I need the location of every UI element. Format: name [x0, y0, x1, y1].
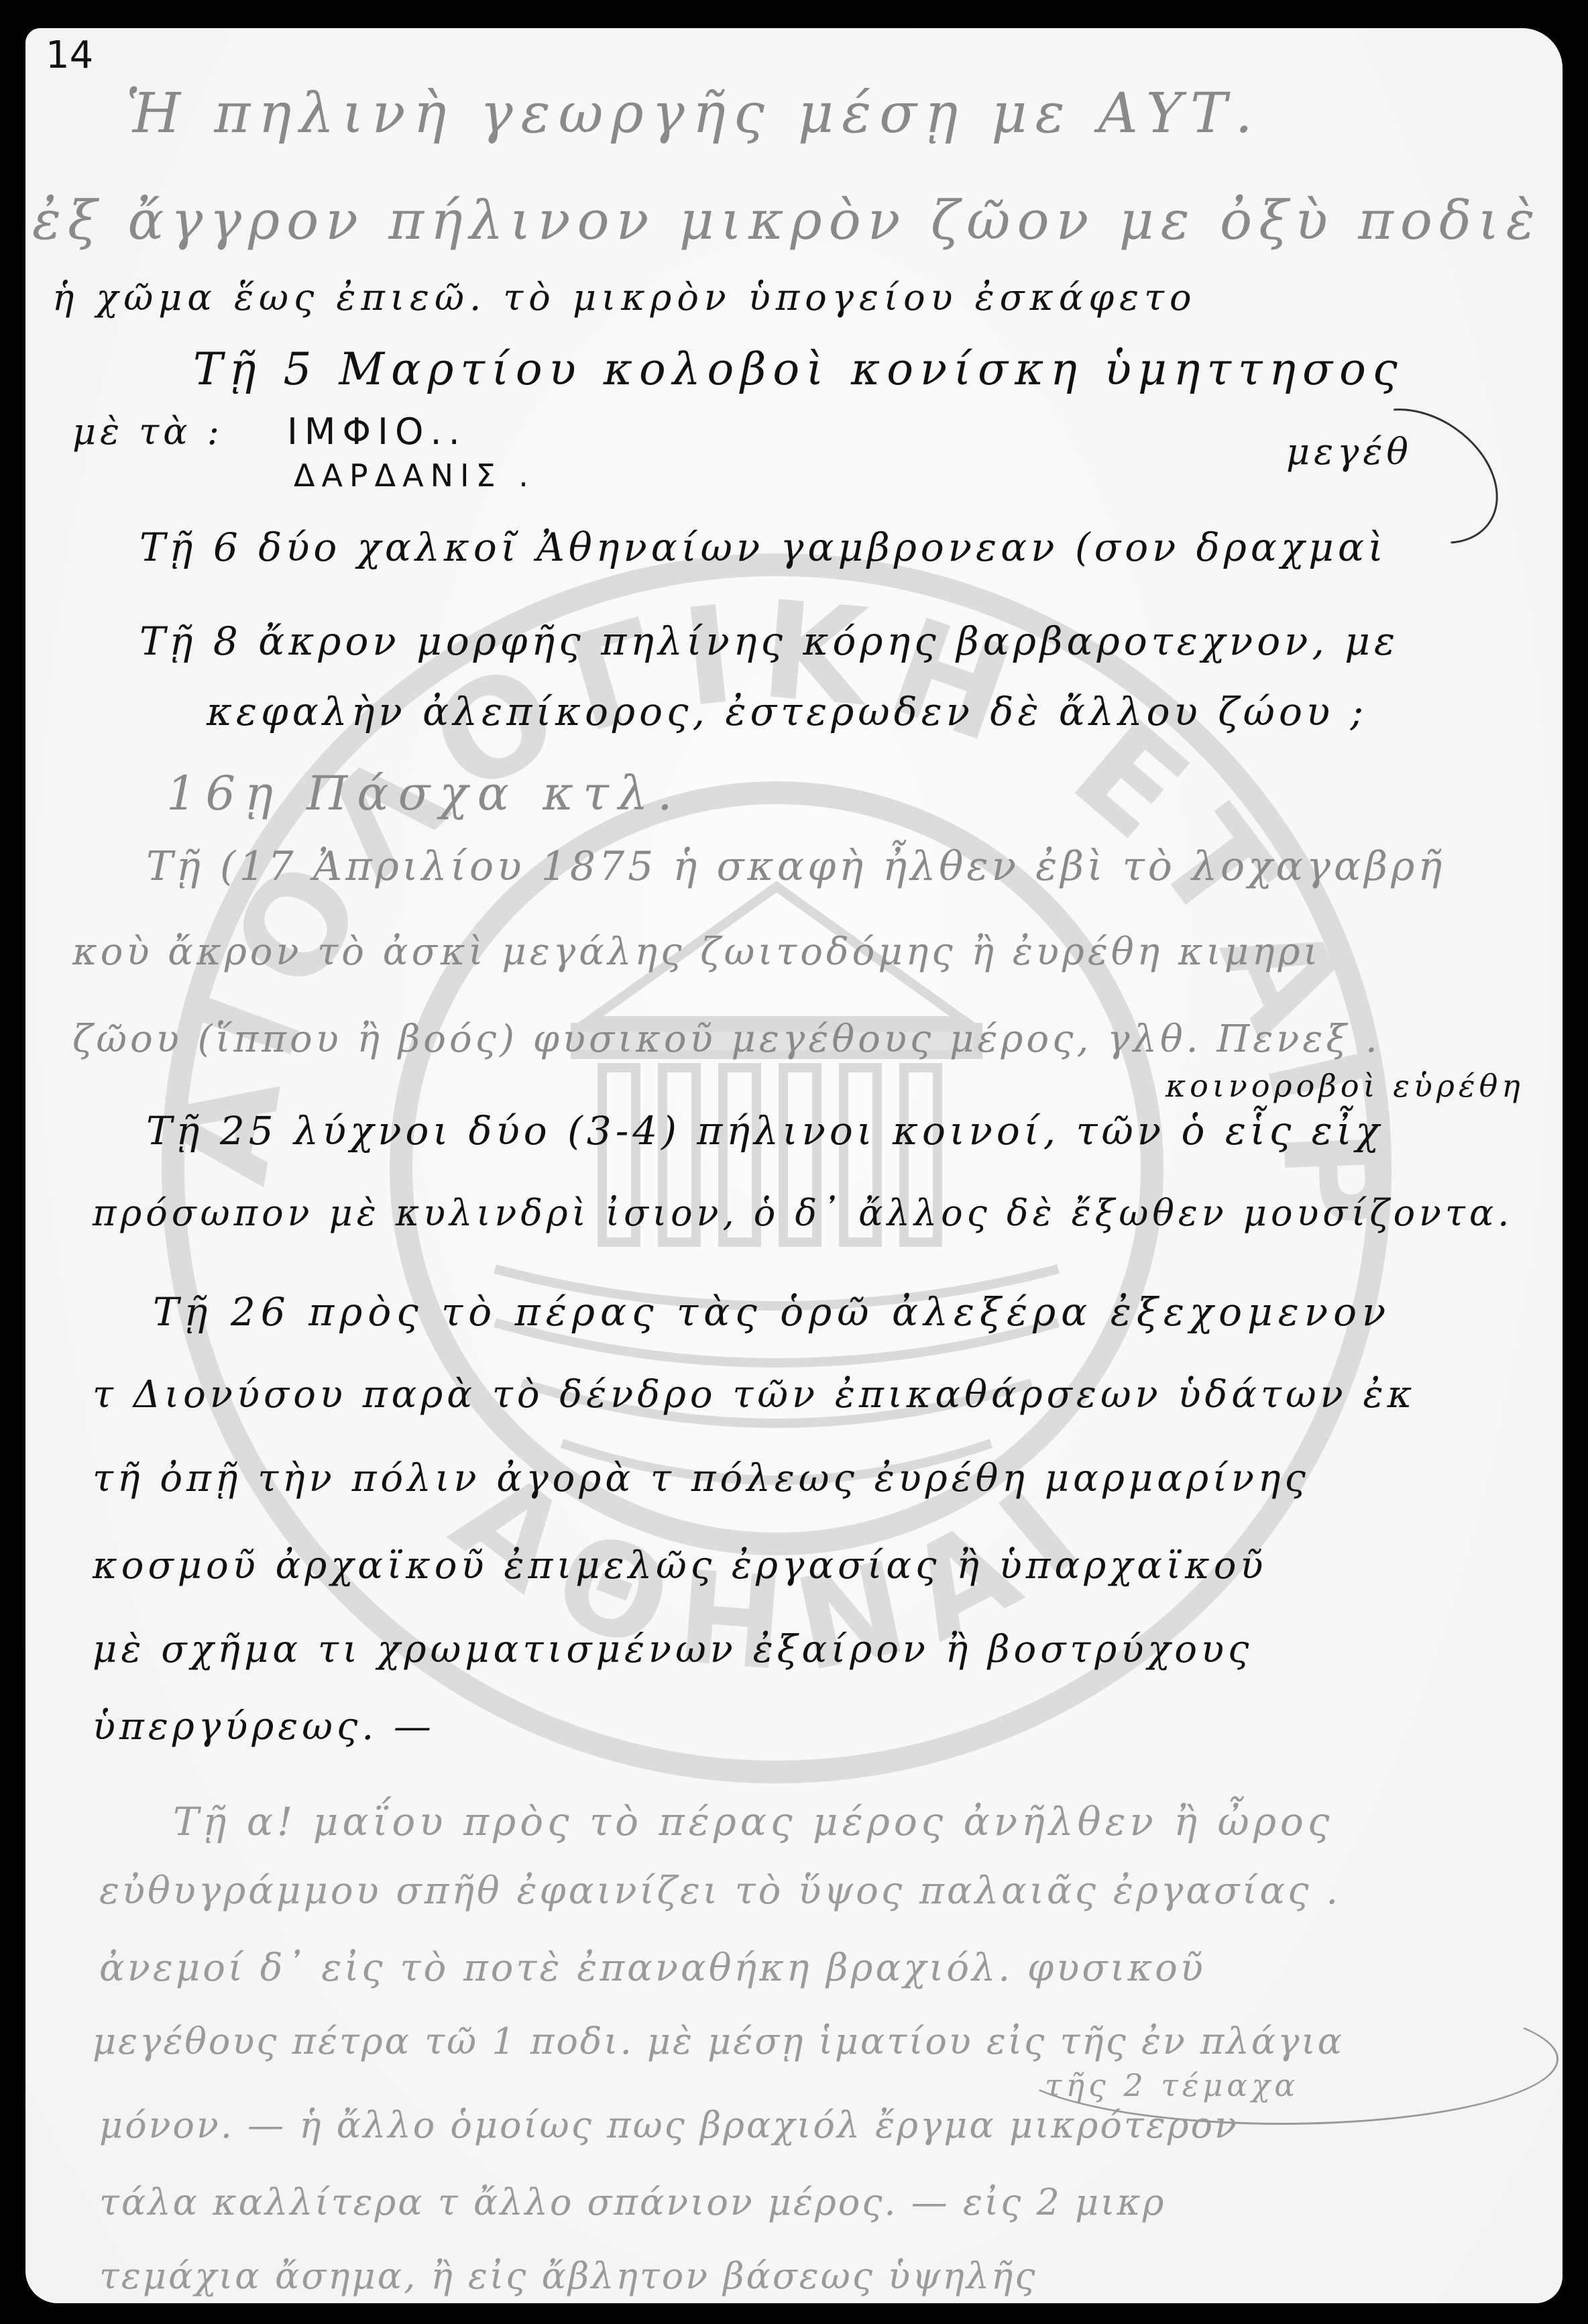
line-6-dardanis: ΔΑΡΔΑΝΙΣ .	[294, 457, 535, 494]
line-8-date-8: Τῇ 8 ἄκρον μορφῆς πηλίνης κόρης βαρβαροτ…	[139, 618, 1399, 664]
line-1: Ἡ πηλινὴ γεωργῆς μέσῃ με ΑΥΤ.	[126, 82, 1261, 146]
line-3: ἡ χῶμα ἕως ἐπιεῶ. τὸ μικρὸν ὑπογείου ἐσκ…	[52, 276, 1197, 319]
line-18: τῆ ὀπῇ τὴν πόλιν ἀγορὰ τ πόλεως ἐυρέθη μ…	[93, 1457, 1310, 1500]
line-21: ὑπεργύρεως. —	[93, 1705, 435, 1749]
line-13: ζῶου (ἵππου ἢ βοός) φυσικοῦ μεγέθους μέρ…	[72, 1017, 1381, 1061]
line-2: ἐξ ἄγγρον πήλινον μικρὸν ζῶον με ὀξὺ ποδ…	[32, 189, 1542, 252]
page-number: 14	[46, 34, 93, 77]
line-7-date-6: Τῇ 6 δύο χαλκοῖ Ἀθηναίων γαμβρονεαν (σον…	[139, 524, 1387, 570]
line-22-may-1: Τῇ α! μαΐου πρὸς τὸ πέρας μέρος ἀνῆλθεν …	[173, 1799, 1333, 1844]
line-5-inscription: ΙΜΦΙΟ..	[287, 410, 467, 453]
line-14-date-25: Τῇ 25 λύχνοι δύο (3-4) πήλινοι κοινοί, τ…	[146, 1108, 1383, 1154]
line-4-date-march-5: Τῇ 5 Μαρτίου κολοβοὶ κονίσκη ὑμηττησος	[193, 343, 1404, 395]
line-12: κοὺ ἄκρον τὸ ἀσκὶ μεγάλης ζωιτοδόμης ἢ ἐ…	[72, 930, 1321, 974]
line-27: τάλα καλλίτερα τ ἄλλο σπάνιον μέρος. — ε…	[99, 2181, 1166, 2223]
line-23: εὐθυγράμμου σπῆθ ἐφαινίζει τὸ ὕψος παλαι…	[99, 1869, 1341, 1913]
line-9: κεφαλὴν ἀλεπίκορος, ἐστερωδεν δὲ ἄλλου ζ…	[207, 689, 1367, 734]
line-20: μὲ σχῆμα τι χρωματισμένων ἐξαίρον ἢ βοστ…	[93, 1628, 1253, 1671]
manuscript-page: ΑΡΧΑΙΟΛΟΓΙΚΗ ΕΤΑΙΡΕΙΑ ΑΘΗΝΑΙ 14 Ἡ πηλινὴ…	[25, 28, 1563, 2303]
line-24: ἀνεμοί δ᾽ εἰς τὸ ποτὲ ἐπαναθήκη βραχιόλ.…	[99, 1946, 1206, 1990]
margin-note-insert: κοινοροβοὶ εὑρέθη	[1166, 1068, 1524, 1104]
line-26: μόνον. — ἡ ἄλλο ὁμοίως πως βραχιόλ ἔργμα…	[99, 2104, 1239, 2146]
line-10-easter: 16ῃ Πάσχα κτλ.	[166, 766, 682, 821]
line-28: τεμάχια ἄσημα, ἢ εἰς ἄβλητον βάσεως ὑψηλ…	[99, 2255, 1037, 2297]
line-16-date-26: Τῇ 26 πρὸς τὸ πέρας τὰς ὁρῶ ἀλεξέρα ἐξεχ…	[153, 1289, 1391, 1335]
line-15: πρόσωπον μὲ κυλινδρὶ ἰσιον, ὁ δ᾽ ἄλλος δ…	[93, 1192, 1513, 1234]
line-19: κοσμοῦ ἀρχαϊκοῦ ἐπιμελῶς ἐργασίας ἢ ὑπαρ…	[93, 1544, 1267, 1588]
line-5-prefix: μὲ τὰ :	[72, 410, 223, 453]
line-17: τ Διονύσου παρὰ τὸ δένδρο τῶν ἐπικαθάρσε…	[93, 1373, 1416, 1417]
line-11-april-1875: Τῇ (17 Ἀπριλίου 1875 ἡ σκαφὴ ἦλθεν ἐβὶ τ…	[146, 843, 1445, 890]
